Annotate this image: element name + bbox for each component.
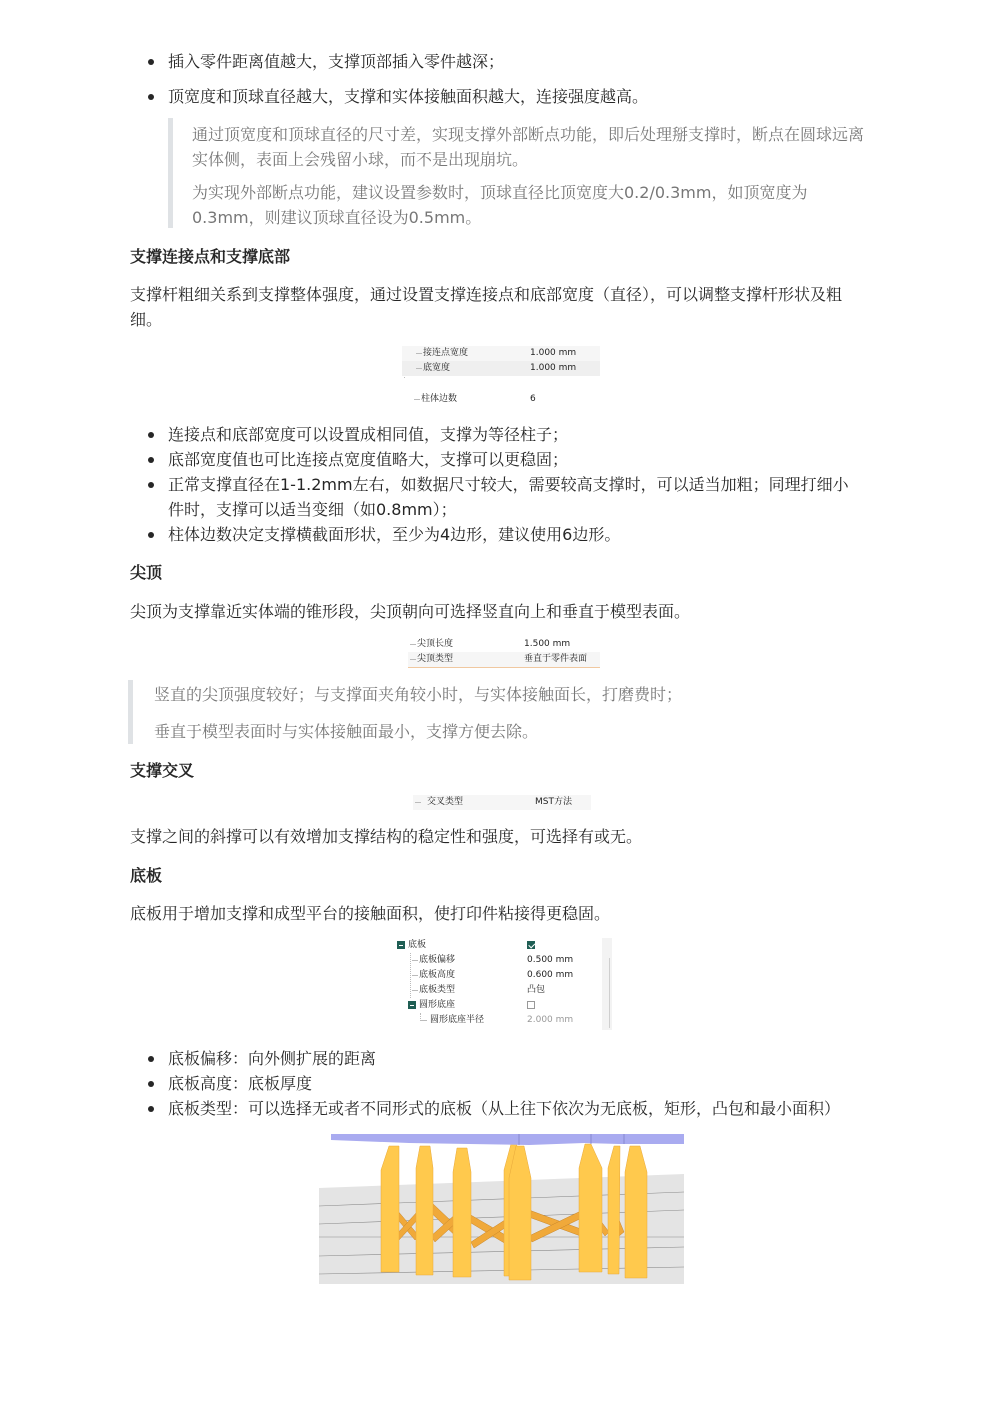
- section-paragraph: 尖顶为支撑靠近实体端的锥形段，尖顶朝向可选择竖直向上和垂直于模型表面。: [130, 599, 870, 624]
- intro-bullet-list: 插入零件距离值越大，支撑顶部插入零件越深； 顶宽度和顶球直径越大，支撑和实体接触…: [130, 49, 870, 109]
- quote-paragraph: 通过顶宽度和顶球直径的尺寸差，实现支撑外部断点功能，即后处理掰支撑时，断点在圆球…: [192, 122, 872, 172]
- blockquote-breakpoint-tip: 通过顶宽度和顶球直径的尺寸差，实现支撑外部断点功能，即后处理掰支撑时，断点在圆球…: [168, 118, 872, 228]
- property-value[interactable]: 凸包: [527, 983, 545, 998]
- property-value: 2.000 mm: [527, 1013, 573, 1028]
- property-group-row[interactable]: 圆形底座: [390, 998, 612, 1013]
- property-value[interactable]: 1.000 mm: [530, 361, 576, 376]
- property-row[interactable]: 底宽度 1.000 mm: [402, 361, 600, 376]
- property-value[interactable]: MST方法: [535, 795, 572, 810]
- property-row[interactable]: 尖顶类型 垂直于零件表面: [408, 652, 600, 668]
- quote-paragraph: 为实现外部断点功能，建议设置参数时，顶球直径比顶宽度大0.2/0.3mm，如顶宽…: [192, 180, 872, 230]
- checkbox-checked-icon[interactable]: [527, 941, 535, 949]
- property-panel-connection: 接连点宽度 1.000 mm 底宽度 1.000 mm 柱体边数 6: [402, 346, 600, 410]
- collapse-icon[interactable]: [408, 1001, 416, 1009]
- property-value[interactable]: 垂直于零件表面: [524, 652, 587, 667]
- property-key: 交叉类型: [427, 795, 463, 810]
- base-bullet-list: 底板偏移：向外侧扩展的距离 底板高度：底板厚度 底板类型：可以选择无或者不同形式…: [130, 1046, 890, 1121]
- list-item: 插入零件距离值越大，支撑顶部插入零件越深；: [130, 49, 870, 74]
- list-item: 顶宽度和顶球直径越大，支撑和实体接触面积越大，连接强度越高。: [130, 84, 870, 109]
- property-key: 底板类型: [419, 983, 455, 998]
- blockquote-tip-note: 竖直的尖顶强度较好；与支撑面夹角较小时，与实体接触面长，打磨费时； 垂直于模型表…: [128, 680, 854, 744]
- list-item: 底板类型：可以选择无或者不同形式的底板（从上往下依次为无底板，矩形，凸包和最小面…: [130, 1096, 890, 1121]
- property-key: 圆形底座半径: [430, 1013, 484, 1028]
- property-row[interactable]: 底板偏移 0.500 mm: [390, 953, 612, 968]
- quote-paragraph: 竖直的尖顶强度较好；与支撑面夹角较小时，与实体接触面长，打磨费时；: [154, 682, 854, 707]
- support-structure-figure: [319, 1132, 684, 1284]
- property-key: 底板偏移: [419, 953, 455, 968]
- property-key: 圆形底座: [419, 998, 455, 1013]
- list-item: 底板偏移：向外侧扩展的距离: [130, 1046, 890, 1071]
- property-value[interactable]: 6: [530, 392, 536, 407]
- property-row[interactable]: 圆形底座半径 2.000 mm: [390, 1013, 612, 1028]
- property-row[interactable]: 柱体边数 6: [402, 392, 600, 407]
- property-row[interactable]: 接连点宽度 1.000 mm: [402, 346, 600, 361]
- list-item: 柱体边数决定支撑横截面形状，至少为4边形，建议使用6边形。: [130, 522, 870, 547]
- connection-bullet-list: 连接点和底部宽度可以设置成相同值，支撑为等径柱子； 底部宽度值也可比连接点宽度值…: [130, 422, 870, 547]
- support-render-image: [319, 1132, 684, 1284]
- section-paragraph: 支撑杆粗细关系到支撑整体强度，通过设置支撑连接点和底部宽度（直径），可以调整支撑…: [130, 282, 870, 332]
- property-key: 底板高度: [419, 968, 455, 983]
- section-paragraph: 支撑之间的斜撑可以有效增加支撑结构的稳定性和强度，可选择有或无。: [130, 824, 870, 849]
- property-row[interactable]: 交叉类型 MST方法: [413, 795, 591, 810]
- property-panel-cross: 交叉类型 MST方法: [413, 795, 591, 810]
- section-title-cross: 支撑交叉: [130, 759, 194, 783]
- property-value[interactable]: 1.000 mm: [530, 346, 576, 361]
- list-item: 连接点和底部宽度可以设置成相同值，支撑为等径柱子；: [130, 422, 870, 447]
- property-key: 尖顶长度: [417, 637, 453, 652]
- checkbox-unchecked-icon[interactable]: [527, 1001, 535, 1009]
- property-panel-tip: 尖顶长度 1.500 mm 尖顶类型 垂直于零件表面: [408, 637, 600, 668]
- collapse-icon[interactable]: [397, 941, 405, 949]
- section-title-base: 底板: [130, 864, 162, 888]
- property-key: 柱体边数: [421, 392, 457, 407]
- property-group-row[interactable]: 底板: [390, 938, 612, 953]
- quote-paragraph: 垂直于模型表面时与实体接触面最小，支撑方便去除。: [154, 719, 854, 744]
- property-key: 底板: [408, 938, 426, 953]
- property-value[interactable]: 0.500 mm: [527, 953, 573, 968]
- section-title-connection: 支撑连接点和支撑底部: [130, 245, 290, 269]
- property-value[interactable]: 0.600 mm: [527, 968, 573, 983]
- list-item: 正常支撑直径在1-1.2mm左右，如数据尺寸较大，需要较高支撑时，可以适当加粗；…: [130, 472, 870, 522]
- property-value[interactable]: 1.500 mm: [524, 637, 570, 652]
- list-item: 底部宽度值也可比连接点宽度值略大，支撑可以更稳固；: [130, 447, 870, 472]
- property-key: 尖顶类型: [417, 652, 453, 667]
- section-title-tip: 尖顶: [130, 561, 162, 585]
- property-key: 底宽度: [423, 361, 450, 376]
- property-row[interactable]: 底板高度 0.600 mm: [390, 968, 612, 983]
- property-row[interactable]: 尖顶长度 1.500 mm: [408, 637, 600, 652]
- property-row[interactable]: 底板类型 凸包: [390, 983, 612, 998]
- property-key: 接连点宽度: [423, 346, 468, 361]
- section-paragraph: 底板用于增加支撑和成型平台的接触面积，使打印件粘接得更稳固。: [130, 901, 870, 926]
- list-item: 底板高度：底板厚度: [130, 1071, 890, 1096]
- property-panel-base: 底板 底板偏移 0.500 mm 底板高度 0.600 mm 底板类型 凸包 圆…: [390, 938, 612, 1030]
